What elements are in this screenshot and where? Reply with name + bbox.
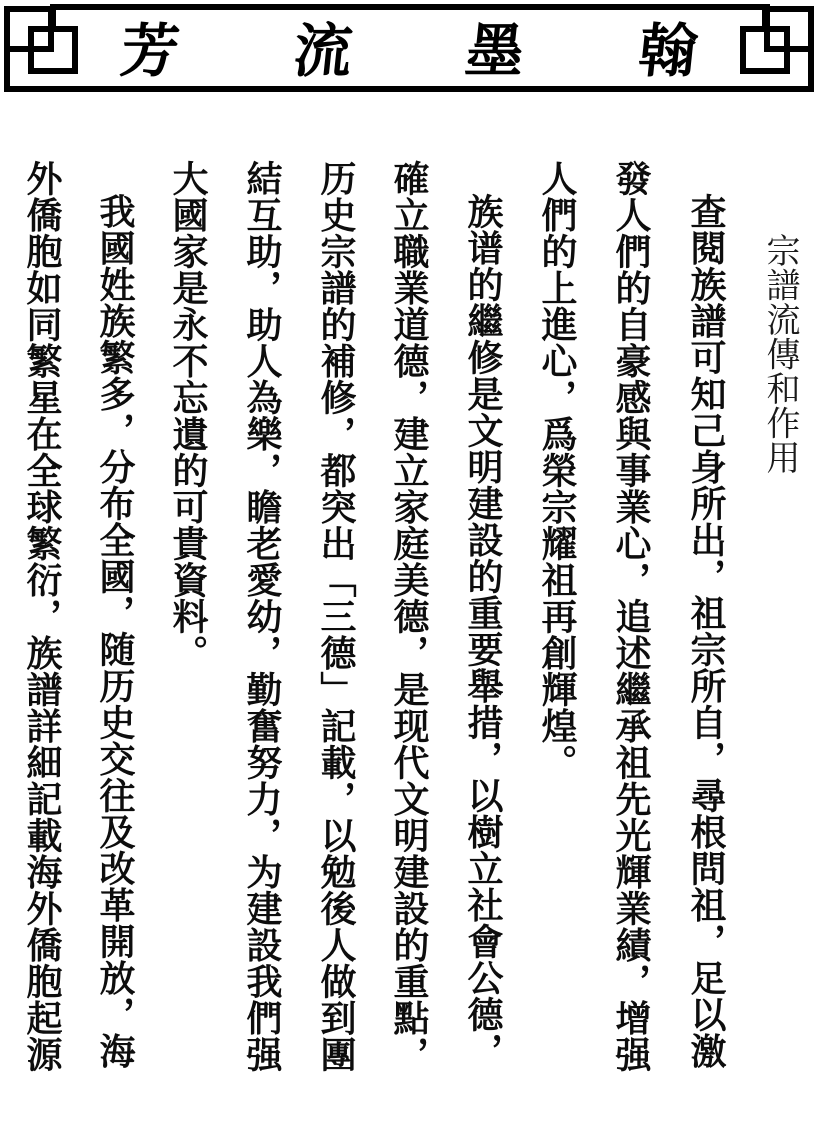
frame-right-lower	[808, 48, 814, 92]
header-char-1: 芳	[118, 22, 182, 80]
header-frame: 芳 流 墨 翰	[4, 4, 814, 92]
text-column-5: 確立職業道德，建立家庭美德，是现代文明建設的重點，	[389, 160, 429, 1073]
header-char-3: 墨	[463, 22, 527, 80]
text-column-7: 結互助，助人為樂，瞻老愛幼，勤奮努力，为建設我們强	[242, 160, 282, 1073]
frame-top-line	[50, 4, 770, 10]
header-char-2: 流	[291, 22, 355, 80]
text-column-8: 大國家是永不忘遺的可貴資料。	[168, 160, 208, 671]
text-column-6: 历史宗譜的補修，都突出「三德」記載，以勉後人做到團	[316, 160, 356, 1073]
text-column-1: 查閱族譜可知己身所出，祖宗所自，尋根問祖，足以激	[686, 193, 726, 1069]
text-column-4: 族谱的繼修是文明建設的重要舉措，以樹立社會公德，	[463, 193, 503, 1069]
text-column-3: 人們的上進心，爲榮宗耀祖再創輝煌。	[537, 160, 577, 781]
header-title: 芳 流 墨 翰	[64, 12, 754, 90]
article-heading: 宗譜流傳和作用	[760, 233, 800, 475]
text-column-10: 外僑胞如同繁星在全球繁衍，族譜詳細記載海外僑胞起源	[22, 160, 62, 1073]
text-column-9: 我國姓族繁多，分布全國，随历史交往及改革開放，海	[95, 193, 135, 1069]
text-column-2: 發人們的自豪感與事業心，追述繼承祖先光輝業績，增强	[611, 160, 651, 1073]
header-char-4: 翰	[636, 22, 700, 80]
frame-left-lower	[4, 48, 10, 92]
